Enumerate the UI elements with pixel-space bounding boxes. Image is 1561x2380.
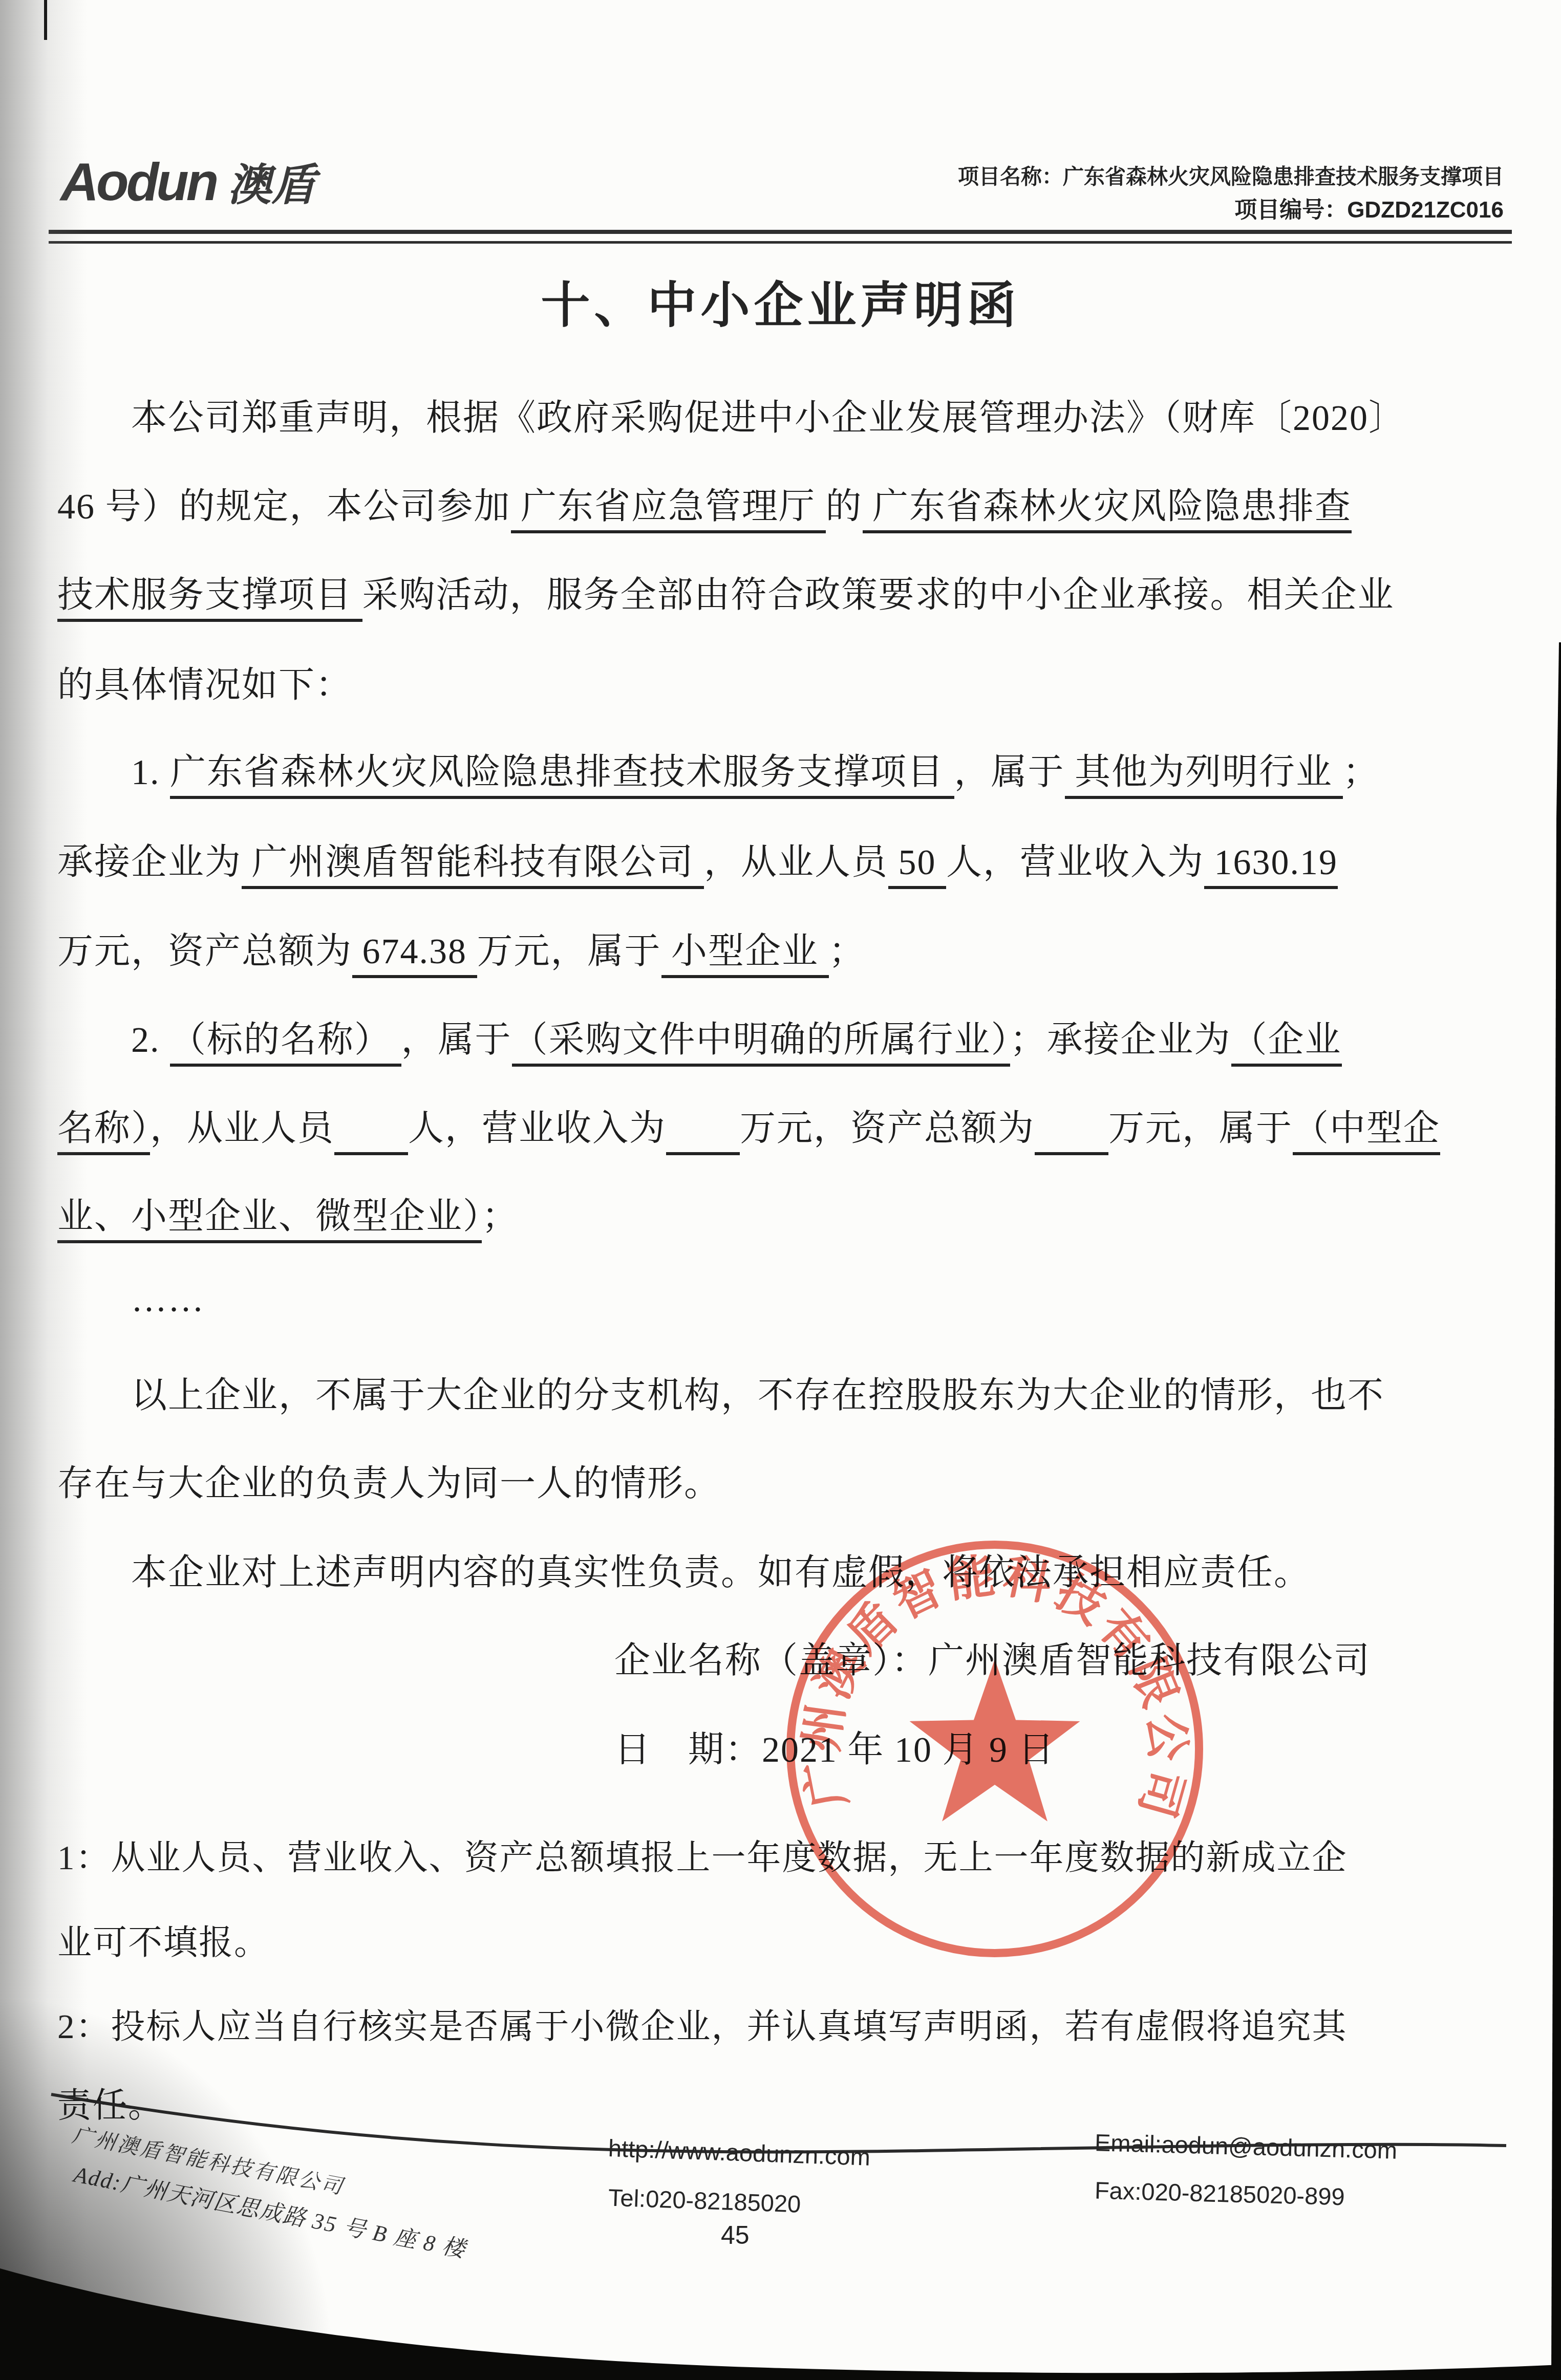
body-line-14: 本企业对上述声明内容的真实性负责。如有虚假，将依法承担相应责任。 [57,1549,1506,1598]
body-line-4: 的具体情况如下： [57,661,1506,710]
underlined-purchaser: 广东省应急管理厅 [511,487,826,533]
underlined-assets: 674.38 [352,932,477,978]
signature-company-line: 企业名称（盖章）：广州澳盾智能科技有限公司 [614,1637,1536,1686]
note-line-1: 1：从业人员、营业收入、资产总额填报上一年度数据，无上一年度数据的新成立企 [57,1833,1506,1883]
body-line-5: 1. 广东省森林火灾风险隐患排查技术服务支撑项目 ，属于 其他为列明行业 ； [57,748,1506,797]
note-line-4: 责任。 [57,2081,1506,2130]
footer-email: Email:aodun@aodunzn.com [1094,2128,1397,2164]
body-line-10: 业、小型企业、微型企业）； [57,1193,1506,1242]
scan-edge-mark [44,0,47,40]
header-divider-top [49,230,1512,234]
page-number: 45 [721,2220,750,2250]
underlined-subject-name: 广东省森林火灾风险隐患排查技术服务支撑项目 [170,753,954,799]
body-line-6: 承接企业为 广州澳盾智能科技有限公司 ，从业人员 50 人，营业收入为 1630… [57,838,1506,888]
body-line-3: 技术服务支撑项目 采购活动，服务全部由符合政策要求的中小企业承接。相关企业 [57,571,1506,620]
signature-date-line: 日 期：2021 年 10 月 9 日 [614,1726,1536,1775]
logo-cjk-text: 澳盾 [227,161,315,210]
body-line-8: 2. （标的名称） ，属于（采购文件中明确的所属行业）；承接企业为（企业 [57,1016,1506,1065]
note-line-2: 业可不填报。 [57,1918,1506,1967]
body-line-12: 以上企业，不属于大企业的分支机构，不存在控股股东为大企业的情形，也不 [57,1372,1506,1421]
project-number: 项目编号：GDZD21ZC016 [958,193,1504,227]
header-project-info: 项目名称：广东省森林火灾风险隐患排查技术服务支撑项目 项目编号：GDZD21ZC… [958,160,1504,227]
underlined-revenue: 1630.19 [1204,843,1338,889]
footer-telephone: Tel:020-82185020 [608,2183,801,2218]
underlined-company: 广州澳盾智能科技有限公司 [242,843,704,889]
body-line-1: 本公司郑重声明，根据《政府采购促进中小企业发展管理办法》（财库〔2020〕 [57,394,1506,443]
header-divider-bottom [49,241,1512,244]
footer-website: http://www.aodunzn.com [608,2134,871,2171]
logo-latin-text: Aodun [60,153,216,212]
underlined-industry: 其他为列明行业 [1065,753,1343,799]
underlined-project-name: 广东省森林火灾风险隐患排查 [863,487,1352,533]
company-logo: Aodun澳盾 [60,149,315,213]
body-line-9: 名称），从业人员 人，营业收入为 万元，资产总额为 万元，属于（中型企 [57,1105,1506,1154]
note-line-3: 2：投标人应当自行核实是否属于小微企业，并认真填写声明函，若有虚假将追究其 [57,2002,1506,2051]
body-line-2: 46 号）的规定，本公司参加 广东省应急管理厅 的 广东省森林火灾风险隐患排查 [57,483,1506,532]
project-name: 项目名称：广东省森林火灾风险隐患排查技术服务支撑项目 [958,160,1504,193]
scanned-document-page: Aodun澳盾 项目名称：广东省森林火灾风险隐患排查技术服务支撑项目 项目编号：… [0,0,1561,2380]
page-title: 十、中小企业声明函 [0,266,1561,336]
underlined-enterprise-size: 小型企业 [661,932,829,978]
body-line-7: 万元，资产总额为 674.38 万元，属于 小型企业 ； [57,927,1506,977]
underlined-employees: 50 [888,843,946,889]
footer-fax: Fax:020-82185020-899 [1094,2176,1345,2211]
body-line-13: 存在与大企业的负责人为同一人的情形。 [57,1460,1506,1509]
body-line-11: …… [57,1275,1506,1325]
